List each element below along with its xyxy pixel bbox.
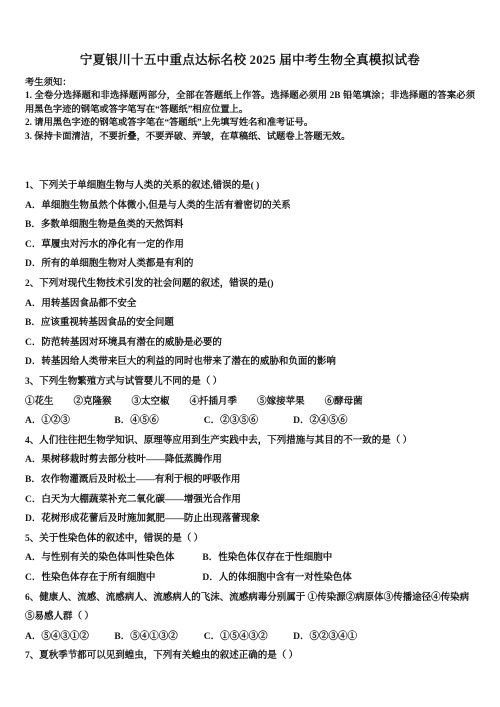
notice-item: 3. 保持卡面清洁，不要折叠，不要弄破、弄皱，在草稿纸、试题卷上答题无效。	[25, 131, 475, 144]
numbered-item: ④扦插月季	[190, 393, 238, 413]
question-4-stem: 4、人们往往把生物学知识、原理等应用到生产实践中去，下列措施与其目的不一致的是（…	[25, 432, 475, 452]
question-3-item-list: ①花生 ②克隆猴 ③太空椒 ④扦插月季 ⑤嫁接苹果 ⑥酵母菌	[25, 393, 475, 413]
question-5-option-row-1: A．与性别有关的染色体叫性染色体 B．性染色体仅存在于性细胞中	[25, 549, 475, 569]
question-list: 1、下列关于单细胞生物与人类的关系的叙述,错误的是( ) A．单细胞生物虽然个体…	[25, 177, 475, 667]
question-5-option-b: B．性染色体仅存在于性细胞中	[202, 553, 332, 563]
question-6-option-row: A．⑤④③①② B．⑤④①③② C．①⑤④③② D．⑤②③④①	[25, 628, 475, 648]
question-2-option-a: A．用转基因食品都不安全	[25, 295, 475, 315]
numbered-item: ①花生	[25, 393, 54, 413]
paper-title: 宁夏银川十五中重点达标名校 2025 届中考生物全真模拟试卷	[25, 52, 475, 68]
question-3-option-c: C．②③⑤⑥	[204, 412, 291, 432]
question-3-option-b: B．④⑤⑥	[114, 412, 201, 432]
notice-item: 2. 请用黑色字迹的钢笔或答字笔在“答题纸”上先填写姓名和准考证号。	[25, 117, 475, 130]
numbered-item: ⑥酵母菌	[325, 393, 363, 413]
exam-paper-page: 宁夏银川十五中重点达标名校 2025 届中考生物全真模拟试卷 考生须知： 1. …	[0, 0, 500, 707]
question-7-stem: 7、夏秋季节都可以见到蝗虫，下列有关蝗虫的叙述正确的是（ ）	[25, 647, 475, 667]
question-5-option-c: C．性染色体存在于所有细胞中	[25, 569, 200, 589]
question-3-option-a: A．①②③	[25, 412, 112, 432]
question-1-stem: 1、下列关于单细胞生物与人类的关系的叙述,错误的是( )	[25, 177, 475, 197]
numbered-item: ③太空椒	[132, 393, 170, 413]
question-1-option-a: A．单细胞生物虽然个体微小,但是与人类的生活有着密切的关系	[25, 197, 475, 217]
notice-heading: 考生须知：	[25, 77, 475, 90]
question-5-option-a: A．与性别有关的染色体叫性染色体	[25, 549, 200, 569]
question-6-stem: 6、健康人、流感、流感病人、流感病人的飞沫、流感病毒分别属于 ①传染源②病原体③…	[25, 589, 475, 628]
question-2-option-b: B．应该重视转基因食品的安全问题	[25, 314, 475, 334]
question-5-option-row-2: C．性染色体存在于所有细胞中 D．人的体细胞中含有一对性染色体	[25, 569, 475, 589]
question-2-option-c: C．防范转基因对环境具有潜在的威胁是必要的	[25, 334, 475, 354]
question-1-option-d: D．所有的单细胞生物对人类都是有利的	[25, 255, 475, 275]
question-3-option-d: D．②④⑤⑥	[293, 412, 347, 432]
question-3-stem: 3、下列生物繁殖方式与试管婴儿不同的是（ ）	[25, 373, 475, 393]
question-4-option-a: A．果树移栽时剪去部分枝叶——降低蒸腾作用	[25, 451, 475, 471]
question-4-option-d: D．花树形成花蕾后及时施加氮肥——防止出现落蕾现象	[25, 510, 475, 530]
question-6-option-c: C．①⑤④③②	[204, 628, 291, 648]
numbered-item: ⑤嫁接苹果	[257, 393, 305, 413]
question-4-option-b: B．农作物灌溉后及时松土——有利于根的呼吸作用	[25, 471, 475, 491]
question-6-option-d: D．⑤②③④①	[293, 628, 357, 648]
numbered-item: ②克隆猴	[74, 393, 112, 413]
question-5-stem: 5、关于性染色体的叙述中，错误的是（ ）	[25, 530, 475, 550]
question-6-option-a: A．⑤④③①②	[25, 628, 112, 648]
notice-item: 1. 全卷分选择题和非选择题两部分，全部在答题纸上作答。选择题必须用 2B 铅笔…	[25, 90, 475, 117]
question-6-option-b: B．⑤④①③②	[114, 628, 201, 648]
question-1-option-b: B．多数单细胞生物是鱼类的天然饵料	[25, 216, 475, 236]
question-1-option-c: C．草履虫对污水的净化有一定的作用	[25, 236, 475, 256]
question-3-option-row: A．①②③ B．④⑤⑥ C．②③⑤⑥ D．②④⑤⑥	[25, 412, 475, 432]
question-4-option-c: C．白天为大棚蔬菜补充二氧化碳——增强光合作用	[25, 491, 475, 511]
question-2-stem: 2、下列对现代生物技术引发的社会问题的叙述，错误的是()	[25, 275, 475, 295]
question-5-option-d: D．人的体细胞中含有一对性染色体	[202, 573, 351, 583]
question-2-option-d: D．转基因给人类带来巨大的利益的同时也带来了潜在的威胁和负面的影响	[25, 353, 475, 373]
candidate-notice: 考生须知： 1. 全卷分选择题和非选择题两部分，全部在答题纸上作答。选择题必须用…	[25, 77, 475, 144]
